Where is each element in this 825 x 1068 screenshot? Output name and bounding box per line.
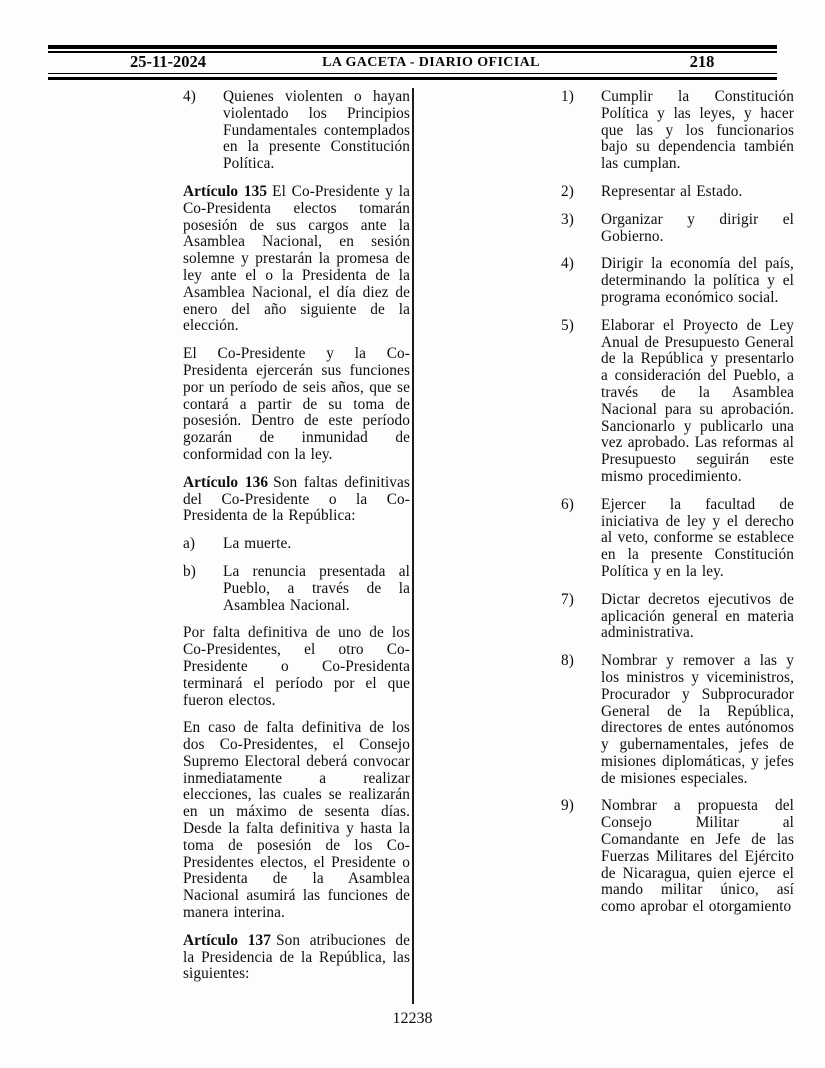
left-column: 4) Quienes violenten o hayan violentado …	[183, 89, 410, 994]
header-top-thick-rule	[48, 45, 777, 49]
article-136-paragraph: Artículo 136Son faltas definitivas del C…	[183, 475, 410, 525]
footer-document-number: 12238	[0, 1010, 825, 1028]
attribution-item-4-marker: 4)	[561, 256, 601, 306]
attribution-item-6: 6) Ejercer la facultad de iniciativa de …	[561, 497, 794, 581]
attribution-item-1-marker: 1)	[561, 89, 601, 173]
header-title: LA GACETA - DIARIO OFICIAL	[306, 55, 556, 71]
attribution-item-2-marker: 2)	[561, 184, 601, 201]
header-page-number: 218	[672, 52, 732, 72]
attribution-item-6-text: Ejercer la facultad de iniciativa de ley…	[601, 497, 794, 581]
attribution-item-3-marker: 3)	[561, 212, 601, 246]
header-bottom-thin-rule	[48, 73, 777, 75]
double-vacancy-paragraph: En caso de falta definitiva de los dos C…	[183, 720, 410, 922]
attribution-item-3: 3) Organizar y dirigir el Gobierno.	[561, 212, 794, 246]
attribution-item-8-text: Nombrar y remover a las y los ministros …	[601, 653, 794, 787]
attribution-item-7-text: Dictar decretos ejecutivos de aplicación…	[601, 592, 794, 642]
attribution-item-3-text: Organizar y dirigir el Gobierno.	[601, 212, 794, 246]
attribution-item-7-marker: 7)	[561, 592, 601, 642]
attribution-item-5-marker: 5)	[561, 318, 601, 486]
list-item-b-text: La renuncia presentada al Pueblo, a trav…	[223, 564, 410, 614]
list-item-4-marker: 4)	[183, 89, 223, 173]
list-item-a-text: La muerte.	[223, 536, 410, 553]
attribution-item-7: 7) Dictar decretos ejecutivos de aplicac…	[561, 592, 794, 642]
list-item-a: a) La muerte.	[183, 536, 410, 553]
attribution-item-1: 1) Cumplir la Constitución Política y la…	[561, 89, 794, 173]
article-135-label: Artículo 135	[183, 183, 267, 200]
header-date: 25-11-2024	[118, 52, 218, 72]
attribution-item-2: 2) Representar al Estado.	[561, 184, 794, 201]
header-bottom-thick-rule	[48, 77, 777, 81]
attribution-item-8-marker: 8)	[561, 653, 601, 787]
attribution-item-4-text: Dirigir la economía del país, determinan…	[601, 256, 794, 306]
attribution-item-9-marker: 9)	[561, 798, 601, 916]
attribution-item-6-marker: 6)	[561, 497, 601, 581]
list-item-b-marker: b)	[183, 564, 223, 614]
list-item-4: 4) Quienes violenten o hayan violentado …	[183, 89, 410, 173]
list-item-b: b) La renuncia presentada al Pueblo, a t…	[183, 564, 410, 614]
list-item-4-text: Quienes violenten o hayan violentado los…	[223, 89, 410, 173]
co-president-term-paragraph: El Co-Presidente y la Co-Presidenta ejer…	[183, 346, 410, 464]
attribution-item-5-text: Elaborar el Proyecto de Ley Anual de Pre…	[601, 318, 794, 486]
attribution-item-9: 9) Nombrar a propuesta del Consejo Milit…	[561, 798, 794, 916]
gazette-scanned-page: 25-11-2024 LA GACETA - DIARIO OFICIAL 21…	[0, 0, 825, 1068]
column-divider-rule	[412, 88, 414, 1004]
attribution-item-9-text: Nombrar a propuesta del Consejo Militar …	[601, 798, 794, 916]
single-vacancy-paragraph: Por falta definitiva de uno de los Co-Pr…	[183, 625, 410, 709]
attribution-item-8: 8) Nombrar y remover a las y los ministr…	[561, 653, 794, 787]
right-column: 1) Cumplir la Constitución Política y la…	[561, 89, 794, 927]
article-135-paragraph: Artículo 135El Co-Presidente y la Co-Pre…	[183, 184, 410, 335]
article-137-label: Artículo 137	[183, 932, 271, 949]
attribution-item-2-text: Representar al Estado.	[601, 184, 794, 201]
list-item-a-marker: a)	[183, 536, 223, 553]
attribution-item-4: 4) Dirigir la economía del país, determi…	[561, 256, 794, 306]
article-135-text: El Co-Presidente y la Co-Presidenta elec…	[183, 183, 410, 334]
article-136-label: Artículo 136	[183, 474, 268, 491]
article-137-paragraph: Artículo 137Son atribuciones de la Presi…	[183, 933, 410, 983]
attribution-item-1-text: Cumplir la Constitución Política y las l…	[601, 89, 794, 173]
attribution-item-5: 5) Elaborar el Proyecto de Ley Anual de …	[561, 318, 794, 486]
